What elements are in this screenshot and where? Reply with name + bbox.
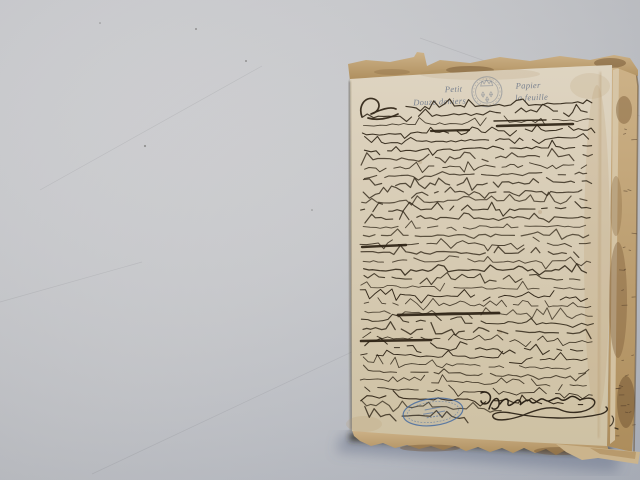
edge-writing-mark <box>632 425 635 426</box>
page-stack-right-edge <box>607 58 638 452</box>
strikethrough <box>431 130 469 131</box>
edge-writing-mark <box>629 250 631 251</box>
edge-writing-mark <box>624 269 626 270</box>
tax-stamp-word-la-feuille: la feuille <box>515 92 548 103</box>
edge-writing-mark <box>624 191 628 192</box>
tax-stamp-word-petit: Petit <box>444 84 463 95</box>
strikethrough <box>494 120 546 121</box>
photo-scene: Petit Papier Douze deniers la feuille <box>0 0 640 480</box>
tax-stamp-word-papier: Papier <box>515 80 542 91</box>
manuscript-page <box>346 65 612 446</box>
scene-canvas: Petit Papier Douze deniers la feuille <box>0 0 640 480</box>
strikethrough <box>398 313 499 315</box>
strikethrough <box>361 340 431 341</box>
